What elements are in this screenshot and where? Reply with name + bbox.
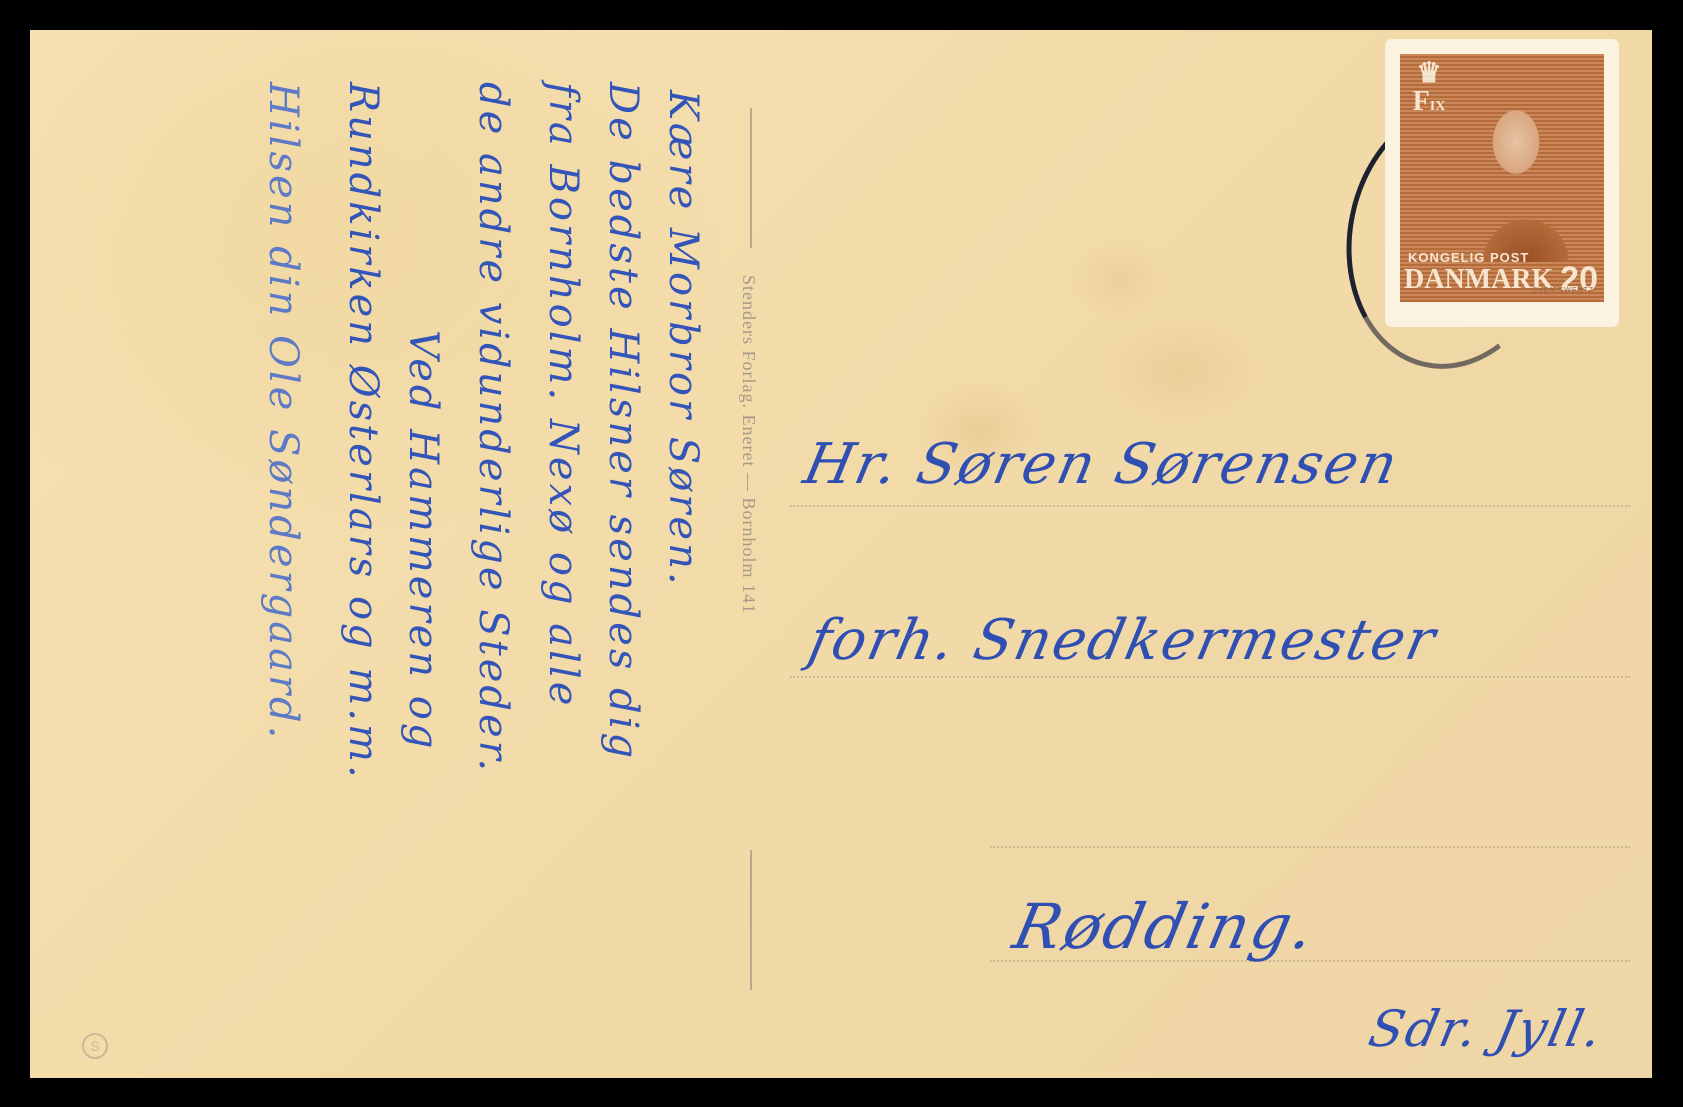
address-line-1: [790, 505, 1630, 507]
address-line-3: [990, 846, 1630, 848]
stamp-design: ♛ FIX KONGELIG POST DANMARK 20 SVEN SWER…: [1400, 54, 1604, 302]
address-line-2: [790, 676, 1630, 678]
stamp-country: DANMARK: [1404, 264, 1553, 296]
address-recipient: Hr. Søren Sørensen: [798, 432, 1405, 497]
stamp-top-text: KONGELIG POST: [1408, 250, 1529, 265]
message-line-3: fra Bornholm. Nexø og alle: [540, 82, 586, 708]
stamp-designer: SVEN SWERTZ: [1533, 287, 1594, 294]
address-town: Rødding.: [1007, 890, 1322, 963]
divider-bottom: [750, 850, 752, 990]
postcard: Stenders Forlag. Eneret — Bornholm 141 K…: [30, 30, 1652, 1078]
address-region: Sdr. Jyll.: [1364, 1000, 1609, 1058]
crown-monogram-icon: ♛ FIX: [1412, 60, 1446, 120]
publisher-imprint: Stenders Forlag. Eneret — Bornholm 141: [738, 275, 759, 614]
message-line-1: Kære Morbror Søren.: [660, 90, 706, 588]
postage-stamp: ♛ FIX KONGELIG POST DANMARK 20 SVEN SWER…: [1388, 42, 1616, 324]
king-portrait-icon: [1456, 62, 1596, 262]
publisher-mark-icon: S: [82, 1033, 108, 1059]
message-line-2: De bedste Hilsner sendes dig: [600, 82, 646, 761]
message-line-6: Rundkirken Østerlars og m.m.: [340, 82, 386, 781]
divider-top: [750, 108, 752, 248]
message-line-4: de andre vidunderlige Steder.: [470, 82, 516, 774]
message-line-7: Hilsen din Ole Søndergaard.: [260, 82, 306, 741]
message-line-5: Ved Hammeren og: [400, 330, 446, 751]
address-title: forh. Snedkermester: [803, 608, 1442, 673]
